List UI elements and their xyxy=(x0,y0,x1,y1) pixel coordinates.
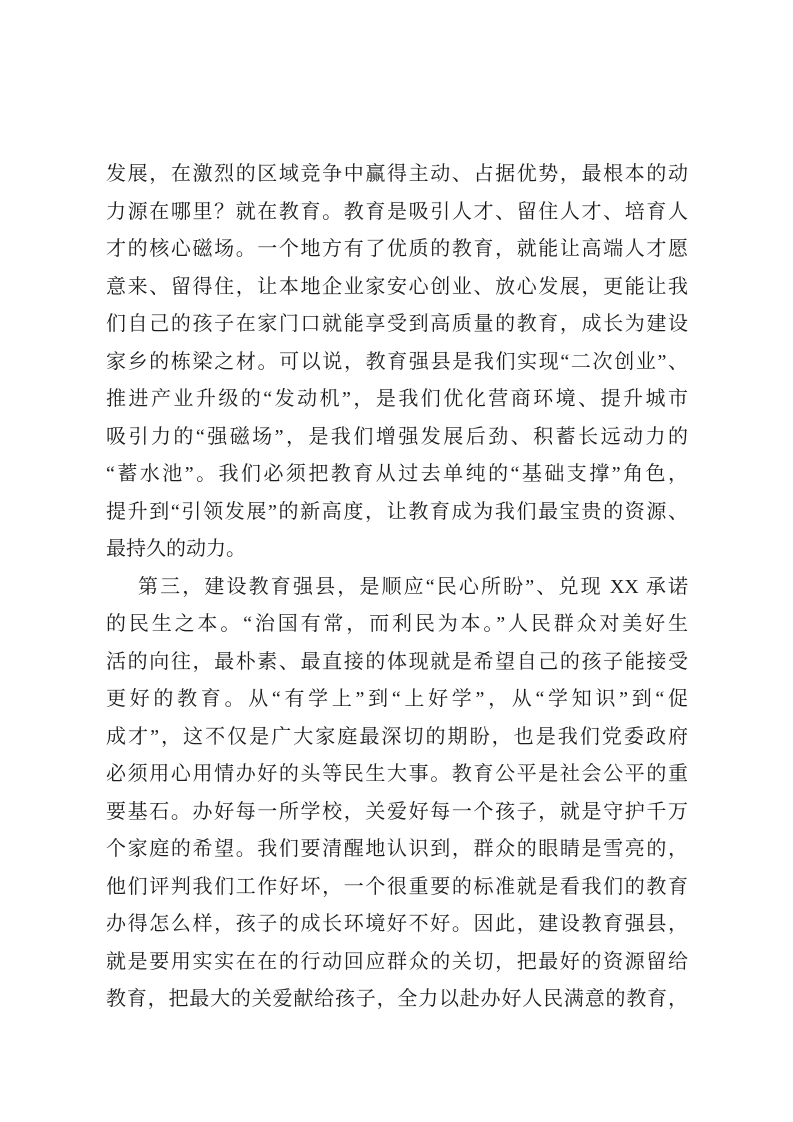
text-line: 才的核心磁场。一个地方有了优质的教育，就能让高端人才愿 xyxy=(106,231,688,269)
text-line: 吸引力的“强磁场”，是我们增强发展后劲、积蓄长远动力的 xyxy=(106,419,688,457)
text-line: 提升到“引领发展”的新高度，让教育成为我们最宝贵的资源、 xyxy=(106,494,688,532)
text-line: 更好的教育。从“有学上”到“上好学”，从“学知识”到“促 xyxy=(106,681,688,719)
text-line: 们自己的孩子在家门口就能享受到高质量的教育，成长为建设 xyxy=(106,306,688,344)
document-page: 发展，在激烈的区域竞争中赢得主动、占据优势，最根本的动 力源在哪里？就在教育。教… xyxy=(0,0,793,1122)
text-line: 家乡的栋梁之材。可以说，教育强县是我们实现“二次创业”、 xyxy=(106,344,688,382)
text-line: 发展，在激烈的区域竞争中赢得主动、占据优势，最根本的动 xyxy=(106,156,688,194)
text-block: 发展，在激烈的区域竞争中赢得主动、占据优势，最根本的动 力源在哪里？就在教育。教… xyxy=(106,156,688,1019)
text-line: 必须用心用情办好的头等民生大事。教育公平是社会公平的重 xyxy=(106,756,688,794)
text-line: 成才”，这不仅是广大家庭最深切的期盼，也是我们党委政府 xyxy=(106,719,688,757)
text-line: 第三，建设教育强县，是顺应“民心所盼”、兑现 XX 承诺 xyxy=(106,569,688,607)
text-line: 的民生之本。“治国有常，而利民为本。”人民群众对美好生 xyxy=(106,606,688,644)
text-line: “蓄水池”。我们必须把教育从过去单纯的“基础支撑”角色， xyxy=(106,456,688,494)
text-line: 就是要用实实在在的行动回应群众的关切，把最好的资源留给 xyxy=(106,944,688,982)
text-line: 意来、留得住，让本地企业家安心创业、放心发展，更能让我 xyxy=(106,269,688,307)
paragraph-third-point: 第三，建设教育强县，是顺应“民心所盼”、兑现 XX 承诺 的民生之本。“治国有常… xyxy=(106,569,688,1019)
text-line: 最持久的动力。 xyxy=(106,531,688,569)
text-line: 力源在哪里？就在教育。教育是吸引人才、留住人才、培育人 xyxy=(106,194,688,232)
text-line: 办得怎么样，孩子的成长环境好不好。因此，建设教育强县， xyxy=(106,906,688,944)
paragraph-continued: 发展，在激烈的区域竞争中赢得主动、占据优势，最根本的动 力源在哪里？就在教育。教… xyxy=(106,156,688,569)
text-line: 要基石。办好每一所学校，关爱好每一个孩子，就是守护千万 xyxy=(106,794,688,832)
text-line: 推进产业升级的“发动机”，是我们优化营商环境、提升城市 xyxy=(106,381,688,419)
text-line: 教育，把最大的关爱献给孩子，全力以赴办好人民满意的教育， xyxy=(106,981,688,1019)
text-line: 活的向往，最朴素、最直接的体现就是希望自己的孩子能接受 xyxy=(106,644,688,682)
text-line: 个家庭的希望。我们要清醒地认识到，群众的眼睛是雪亮的， xyxy=(106,831,688,869)
text-line: 他们评判我们工作好坏，一个很重要的标准就是看我们的教育 xyxy=(106,869,688,907)
